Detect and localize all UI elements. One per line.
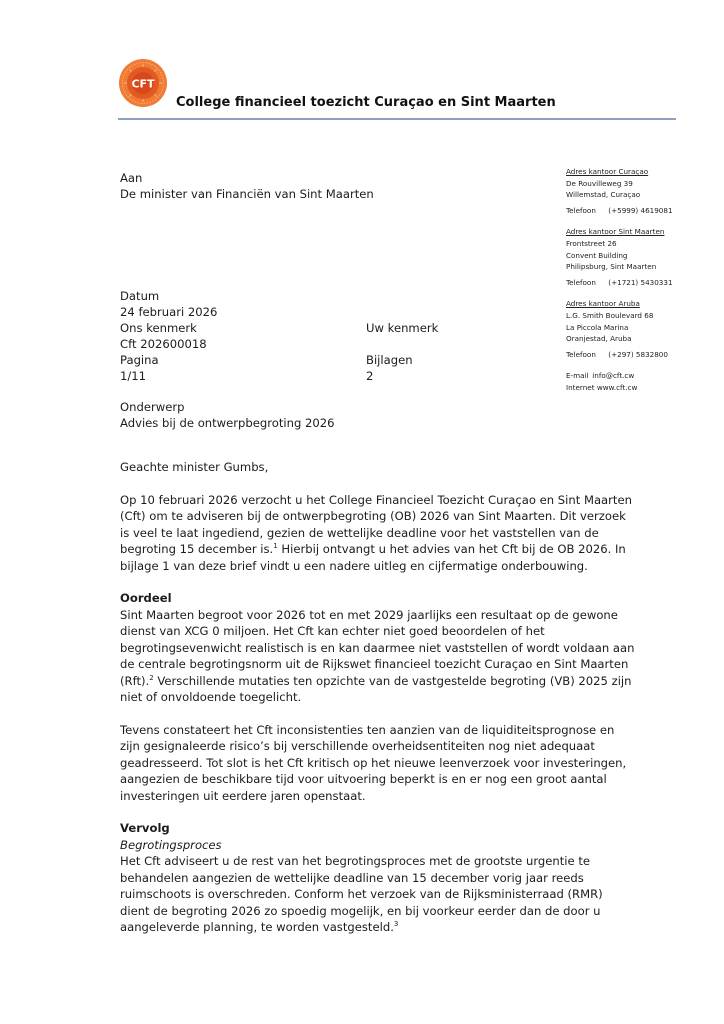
your-reference-value	[366, 336, 536, 352]
text-line: aangezien de beschikbare tijd voor uitvo…	[120, 771, 620, 788]
oordeel-section: Oordeel Sint Maarten begroot voor 2026 t…	[120, 590, 620, 706]
text-line: aangeleverde planning, te worden vastges…	[120, 919, 620, 936]
cft-logo: CFT	[118, 58, 168, 108]
organization-title: College financieel toezicht Curaçao en S…	[176, 95, 556, 110]
our-reference-value: Cft 202600018	[120, 336, 366, 352]
date-value: 24 februari 2026	[120, 304, 366, 320]
header-divider	[118, 118, 676, 120]
email-row: E-mail info@cft.cw	[566, 370, 724, 382]
page-label: Pagina	[120, 352, 366, 368]
text-line: (Rft).2 Verschillende mutaties ten opzic…	[120, 673, 620, 690]
phone-label: Telefoon	[566, 349, 606, 361]
recipient-label: Aan	[120, 170, 374, 186]
office-title: Adres kantoor Curaçao	[566, 166, 724, 178]
text-segment: Verschillende mutaties ten opzichte van …	[154, 674, 632, 688]
your-reference-label: Uw kenmerk	[366, 320, 536, 336]
text-line: Op 10 februari 2026 verzocht u het Colle…	[120, 492, 620, 509]
email-link[interactable]: info@cft.cw	[592, 371, 634, 380]
office-title: Adres kantoor Sint Maarten	[566, 226, 724, 238]
phone-number: (+1721) 5430331	[608, 278, 672, 287]
text-line: behandelen aangezien de wettelijke deadl…	[120, 870, 620, 887]
text-line: bijlage 1 van deze brief vindt u een nad…	[120, 558, 620, 575]
text-line: (Cft) om te adviseren bij de ontwerpbegr…	[120, 508, 620, 525]
text-line: is veel te laat ingediend, gezien de wet…	[120, 525, 620, 542]
contact-info: E-mail info@cft.cw Internet www.cft.cw	[566, 370, 724, 393]
text-line: ruimschoots is overschreden. Conform het…	[120, 886, 620, 903]
text-segment: aangeleverde planning, te worden vastges…	[120, 920, 394, 934]
attachments-label: Bijlagen	[366, 352, 536, 368]
internet-label: Internet	[566, 383, 595, 392]
phone-label: Telefoon	[566, 277, 606, 289]
address-line: Willemstad, Curaçao	[566, 189, 724, 201]
phone-number: (+297) 5832800	[608, 350, 668, 359]
text-line: Tevens constateert het Cft inconsistenti…	[120, 722, 620, 739]
text-segment: Hierbij ontvangt u het advies van het Cf…	[278, 542, 626, 556]
page-value: 1/11	[120, 368, 366, 384]
salutation: Geachte minister Gumbs,	[120, 459, 620, 476]
our-reference-label: Ons kenmerk	[120, 320, 366, 336]
phone-row: Telefoon (+5999) 4619081	[566, 205, 724, 217]
section-heading-vervolg: Vervolg	[120, 820, 620, 837]
section-heading-oordeel: Oordeel	[120, 590, 620, 607]
phone-row: Telefoon (+1721) 5430331	[566, 277, 724, 289]
text-line: begroting 15 december is.1 Hierbij ontva…	[120, 541, 620, 558]
address-line: De Rouvilleweg 39	[566, 178, 724, 190]
recipient-name: De minister van Financiën van Sint Maart…	[120, 186, 374, 202]
vervolg-section: Vervolg Begrotingsproces Het Cft advisee…	[120, 820, 620, 936]
text-line: de centrale begrotingsnorm uit de Rijksw…	[120, 656, 620, 673]
text-line: dient de begroting 2026 zo spoedig mogel…	[120, 903, 620, 920]
internet-row: Internet www.cft.cw	[566, 382, 724, 394]
office-sint-maarten: Adres kantoor Sint Maarten Frontstreet 2…	[566, 226, 724, 288]
website-link[interactable]: www.cft.cw	[597, 383, 638, 392]
address-line: La Piccola Marina	[566, 322, 724, 334]
phone-label: Telefoon	[566, 205, 606, 217]
svg-text:CFT: CFT	[131, 78, 155, 91]
email-label: E-mail	[566, 370, 590, 382]
text-line: Sint Maarten begroot voor 2026 tot en me…	[120, 607, 620, 624]
text-segment: begroting 15 december is.	[120, 542, 273, 556]
intro-paragraph: Op 10 februari 2026 verzocht u het Colle…	[120, 492, 620, 575]
address-line: Philipsburg, Sint Maarten	[566, 261, 724, 273]
footnote-ref-3[interactable]: 3	[394, 920, 398, 928]
address-line: Frontstreet 26	[566, 238, 724, 250]
attachments-value: 2	[366, 368, 536, 384]
address-line: Oranjestad, Aruba	[566, 333, 724, 345]
office-title: Adres kantoor Aruba	[566, 298, 724, 310]
text-line: investeringen uit eerdere jaren openstaa…	[120, 788, 620, 805]
text-line: zijn gesignaleerde risico’s bij verschil…	[120, 738, 620, 755]
subject-block: Onderwerp Advies bij de ontwerpbegroting…	[120, 399, 335, 432]
phone-row: Telefoon (+297) 5832800	[566, 349, 724, 361]
letter-metadata: Datum 24 februari 2026 Ons kenmerk Uw ke…	[120, 288, 540, 384]
subject-label: Onderwerp	[120, 399, 335, 415]
text-line: begrotingsevenwicht realistisch is en ka…	[120, 640, 620, 657]
recipient-block: Aan De minister van Financiën van Sint M…	[120, 170, 374, 203]
text-line: dienst van XCG 0 miljoen. Het Cft kan ec…	[120, 623, 620, 640]
subject-value: Advies bij de ontwerpbegroting 2026	[120, 415, 335, 431]
text-line: niet of onvoldoende toegelicht.	[120, 689, 620, 706]
subheading-begrotingsproces: Begrotingsproces	[120, 837, 620, 854]
letter-body: Geachte minister Gumbs, Op 10 februari 2…	[120, 459, 620, 952]
text-segment: (Rft).	[120, 674, 149, 688]
address-line: L.G. Smith Boulevard 68	[566, 310, 724, 322]
office-aruba: Adres kantoor Aruba L.G. Smith Boulevard…	[566, 298, 724, 360]
office-curacao: Adres kantoor Curaçao De Rouvilleweg 39 …	[566, 166, 724, 216]
office-addresses: Adres kantoor Curaçao De Rouvilleweg 39 …	[566, 166, 724, 394]
text-line: geadresseerd. Tot slot is het Cft kritis…	[120, 755, 620, 772]
tevens-paragraph: Tevens constateert het Cft inconsistenti…	[120, 722, 620, 805]
cft-seal-icon: CFT	[118, 58, 168, 108]
phone-number: (+5999) 4619081	[608, 206, 672, 215]
address-line: Convent Building	[566, 250, 724, 262]
text-line: Het Cft adviseert u de rest van het begr…	[120, 853, 620, 870]
date-label: Datum	[120, 288, 366, 304]
